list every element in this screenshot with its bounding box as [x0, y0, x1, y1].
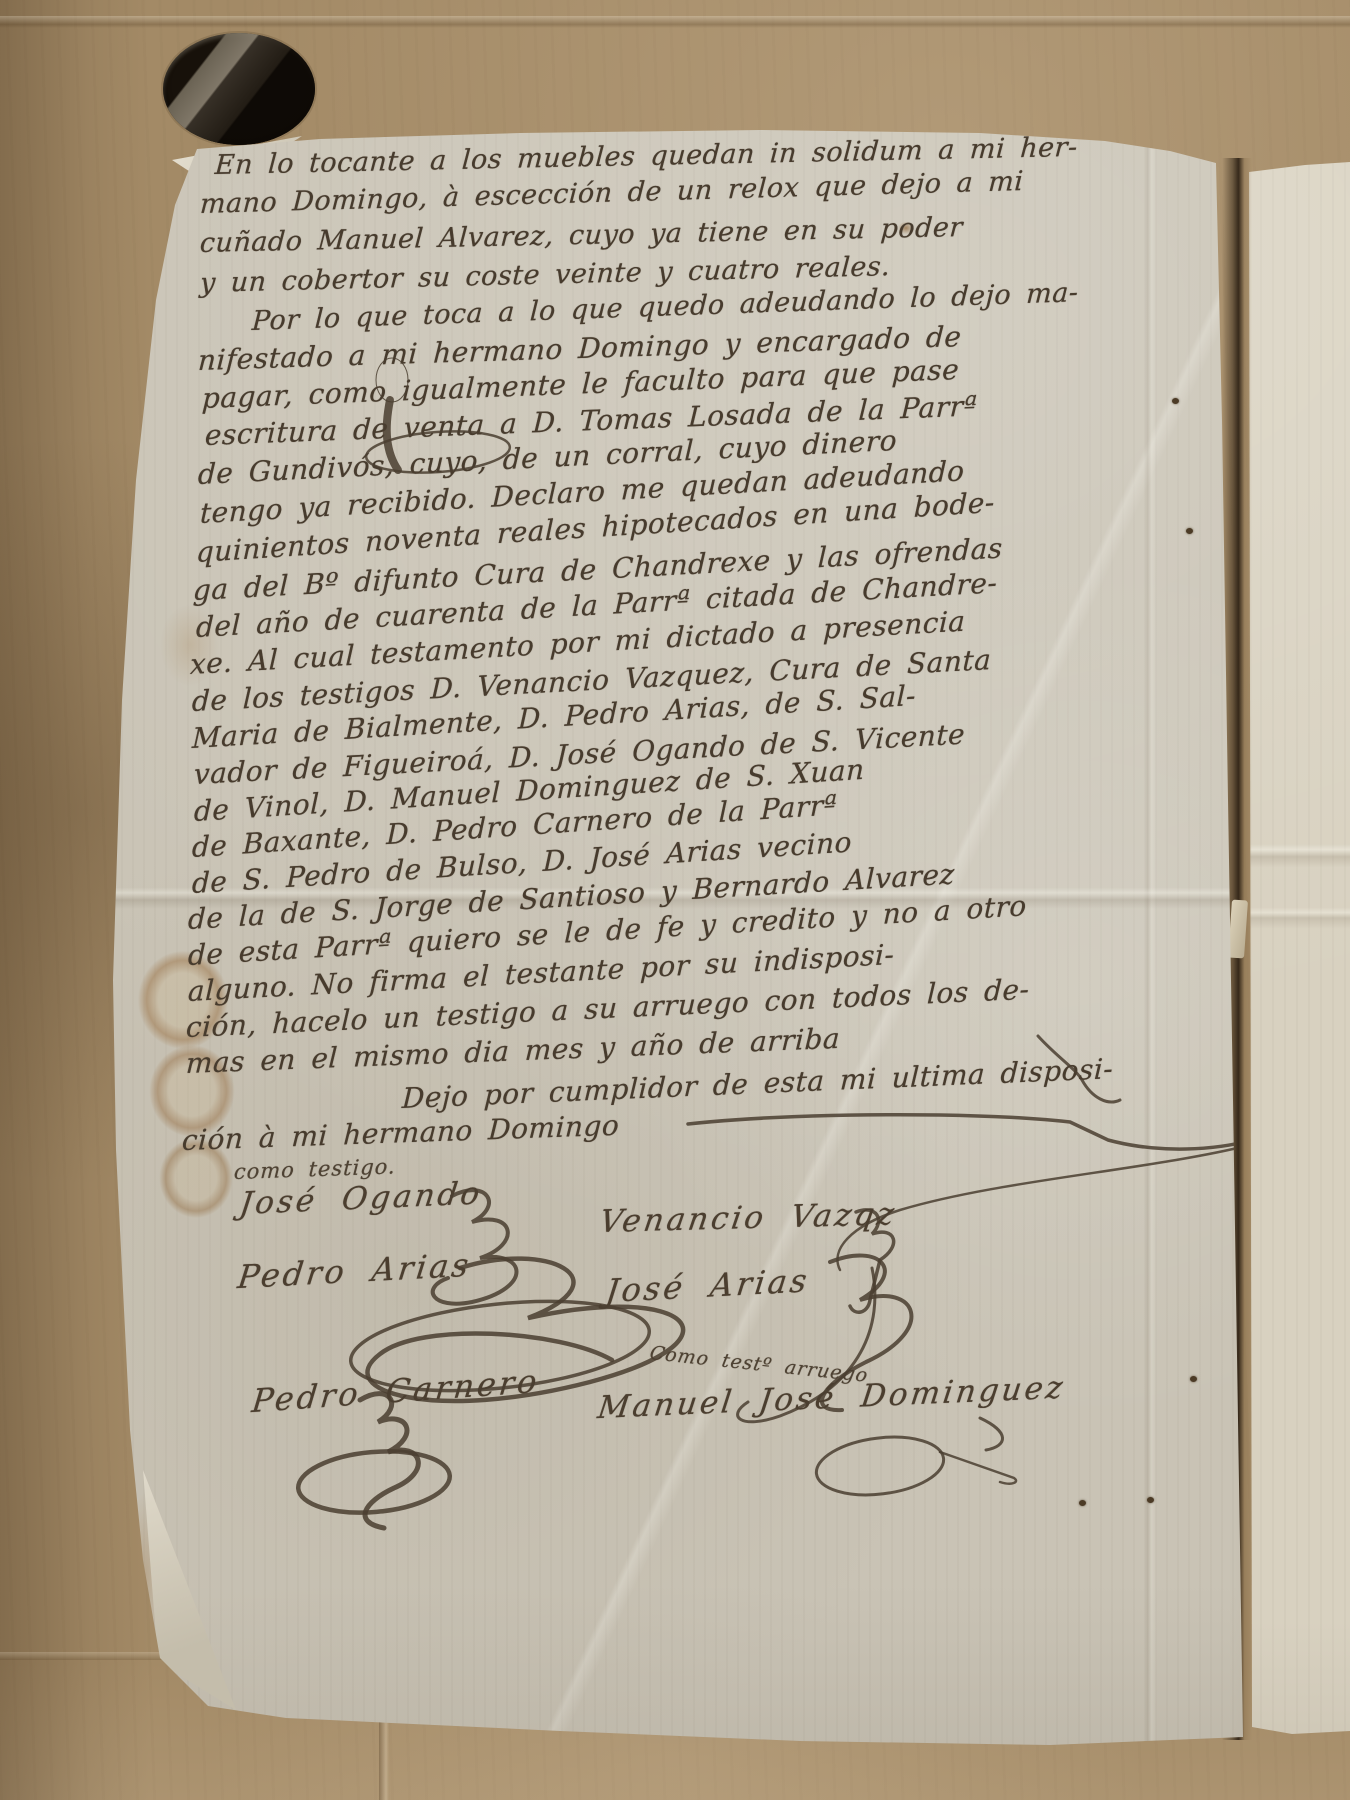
domingo-line-flourish: [688, 1115, 1252, 1149]
wormhole: [1186, 528, 1193, 534]
closing-line: ción à mi hermano Domingo: [181, 1109, 620, 1157]
rubric-pedro-carnero: [360, 1394, 418, 1528]
photo-scene: En lo tocante a los muebles quedan in so…: [0, 0, 1350, 1800]
rubric-manuel-tail: [980, 1418, 1003, 1450]
wormhole: [1079, 1500, 1086, 1506]
signature-pedro-carnero: Pedro Carnero: [250, 1362, 542, 1420]
rubric-manuel-sweep: [940, 1452, 1016, 1484]
wormhole: [1147, 1497, 1154, 1503]
rubric-manuel-ellipse: [813, 1430, 947, 1501]
manuscript-page: En lo tocante a los muebles quedan in so…: [0, 0, 1350, 1800]
rubric-pedro-carnero-ellipse: [296, 1445, 453, 1518]
signature-venancio-vazquez: Venancio Vazqz: [597, 1196, 899, 1240]
domingo-sweep-flourish: [838, 1145, 1251, 1270]
signature-jose-arias: José Arias: [604, 1261, 812, 1310]
hole-shadow-shape: [163, 33, 315, 145]
wormhole: [1190, 1376, 1197, 1382]
cardboard-crease-bottom: [379, 1712, 389, 1800]
cardboard-crease-left: [0, 1652, 170, 1660]
cardboard-crease-top: [0, 16, 1350, 28]
wormhole: [1172, 398, 1179, 404]
punch-hole: [163, 33, 315, 145]
signature-pedro-arias: Pedro Arias: [236, 1246, 474, 1297]
